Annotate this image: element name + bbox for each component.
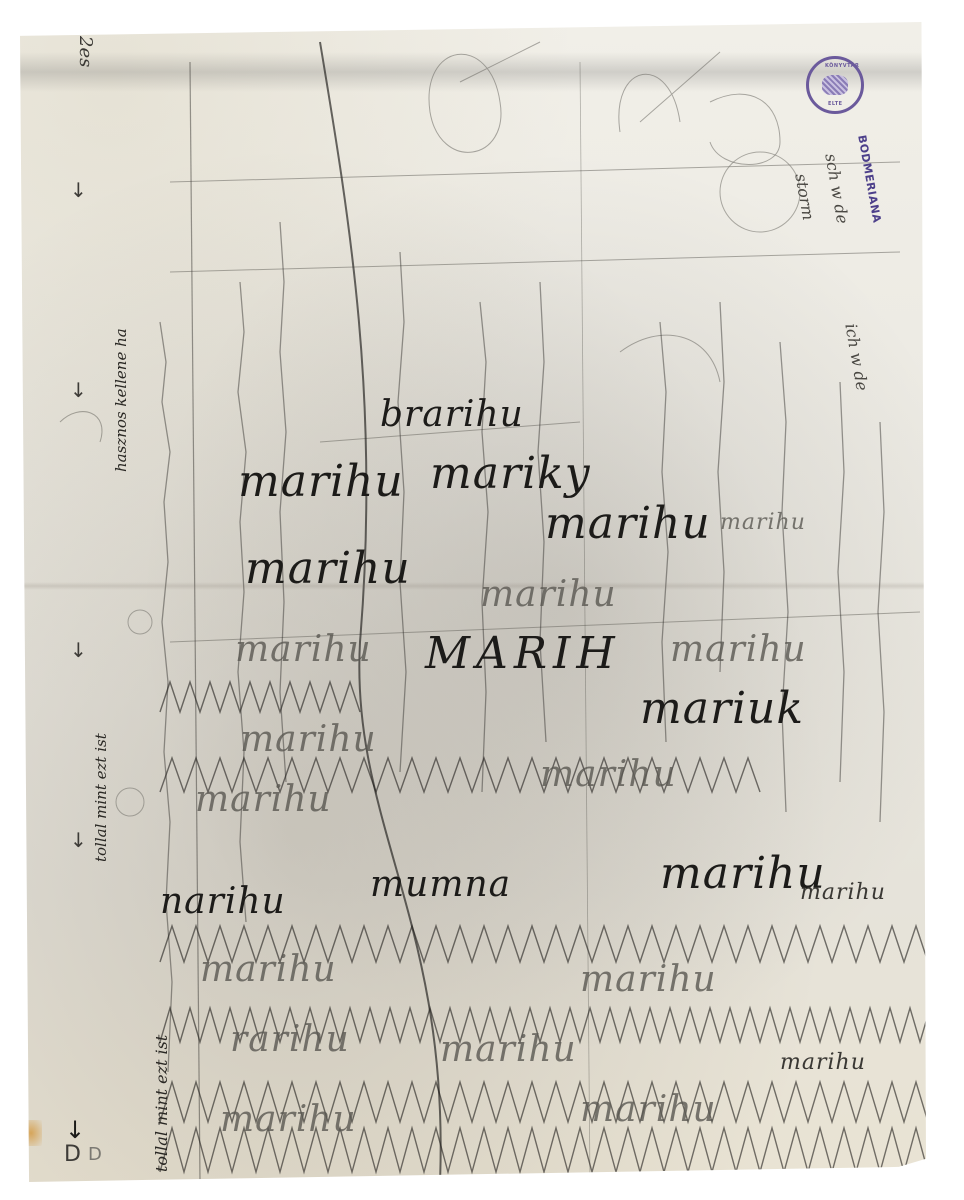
handwritten-word: marihu [545,502,711,546]
handwritten-word: marihu [240,722,377,758]
handwritten-word: rarihu [230,1022,350,1058]
handwritten-word: mumna [370,867,511,903]
margin-note-upper: hasznos kellene ha [112,328,130,472]
handwritten-word: marihu [580,1092,717,1128]
handwritten-word: marihu [540,757,677,793]
handwritten-word: brarihu [380,397,524,433]
handwritten-word: mariky [430,452,591,496]
handwritten-word: marihu [220,1102,357,1138]
scan-canvas: brarihu marihu mariky marihu marihu mari… [0,0,964,1200]
stamp-emblem-icon [822,75,848,95]
library-stamp: KÖNYVTÁR ELTE [806,56,864,114]
d-mark: D [64,1144,81,1166]
handwritten-word: marihu [245,547,411,591]
handwritten-word: marihu [720,512,806,534]
handwritten-word: narihu [160,884,286,920]
handwritten-word: mariuk [640,687,804,731]
down-arrow-icon: ↓ [70,830,87,850]
down-arrow-icon: ↓ [70,380,87,400]
corner-page-mark: 2es [75,36,96,67]
handwritten-word: marihu [200,952,337,988]
handwritten-word: marihu [580,962,717,998]
handwriting-layer: brarihu marihu mariky marihu marihu mari… [20,22,926,1182]
stamp-ring-bottom-text: ELTE [828,101,843,107]
down-arrow-icon: ↓ [70,640,87,660]
d-mark: D [88,1146,102,1164]
down-arrow-icon: ↓ [70,180,87,200]
margin-note-lower: tollal mint ezt ist [92,733,110,862]
handwritten-word: marihu [800,882,886,904]
margin-note-bottom: tollal mint ezt ist [152,1035,171,1172]
handwritten-word: marihu [780,1052,866,1074]
handwritten-word: marihu [235,632,372,668]
handwritten-word: marihu [195,782,332,818]
stamp-ring-top-text: KÖNYVTÁR [825,63,859,69]
down-arrow-icon: ↓ [65,1118,85,1142]
manuscript-sheet: brarihu marihu mariky marihu marihu mari… [20,22,926,1182]
handwritten-word: marihu [480,577,617,613]
handwritten-word: marihu [440,1032,577,1068]
handwritten-word: marihu [238,460,404,504]
handwritten-word: marihu [670,632,807,668]
handwritten-word: MARIH [425,632,621,676]
